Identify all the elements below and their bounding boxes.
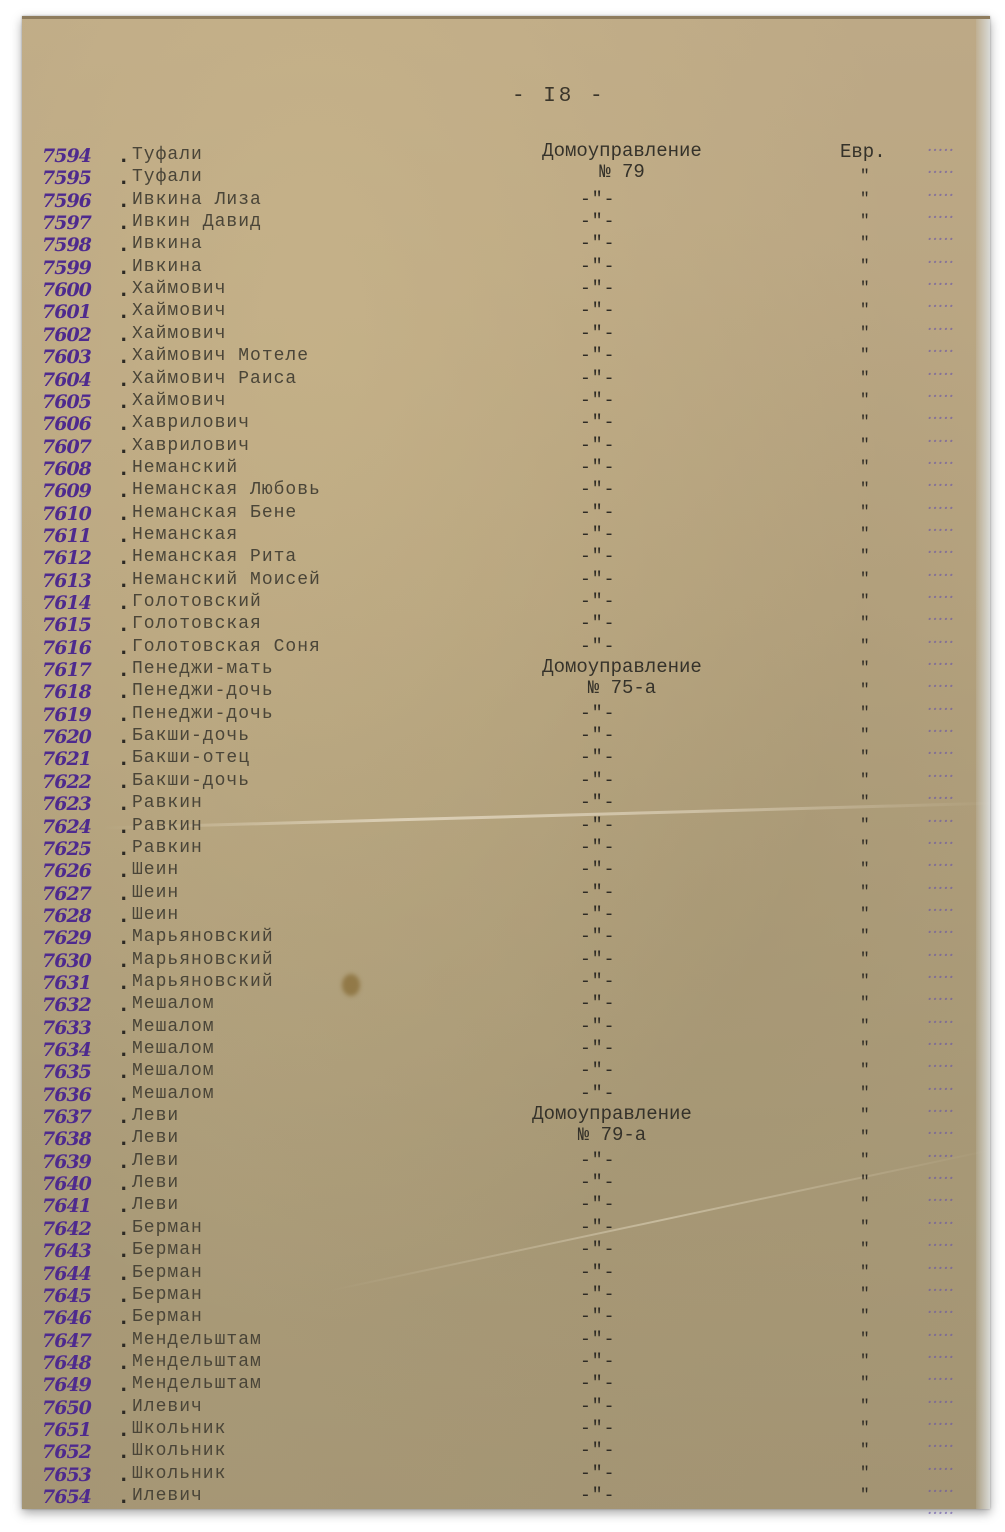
ditto-mark: -"- xyxy=(580,234,615,254)
nationality-ditto-mark: " xyxy=(860,1397,870,1415)
list-item: 7650.Илевич-"-" xyxy=(22,1397,990,1419)
ditto-mark: -"- xyxy=(580,1441,615,1461)
entry-number: 7638 xyxy=(42,1128,124,1150)
ditto-mark: -"- xyxy=(580,1307,615,1327)
nationality-ditto-mark: " xyxy=(860,413,870,431)
ditto-mark: -"- xyxy=(580,927,615,947)
bleed-through-mark: ····· xyxy=(927,409,954,429)
ditto-mark: -"- xyxy=(580,1017,615,1037)
entry-dot: . xyxy=(118,950,129,972)
ditto-mark: -"- xyxy=(580,458,615,478)
entry-surname: Хаймович xyxy=(132,279,226,299)
ditto-mark: -"- xyxy=(580,771,615,791)
ditto-mark: -"- xyxy=(580,1218,615,1238)
entry-dot: . xyxy=(118,547,129,569)
nationality-ditto-mark: " xyxy=(860,1173,870,1191)
ditto-mark: -"- xyxy=(580,369,615,389)
ditto-mark: -"- xyxy=(580,994,615,1014)
nationality-ditto-mark: " xyxy=(860,972,870,990)
ditto-mark: -"- xyxy=(580,1330,615,1350)
ditto-mark: -"- xyxy=(580,279,615,299)
entry-dot: . xyxy=(118,1151,129,1173)
entry-dot: . xyxy=(118,838,129,860)
entry-number: 7627 xyxy=(42,883,124,905)
bleed-through-mark: ····· xyxy=(927,655,954,675)
list-item: 7631.Марьяновский-"-" xyxy=(22,972,990,994)
entry-dot: . xyxy=(118,1441,129,1463)
bleed-through-mark: ····· xyxy=(927,543,954,563)
entry-surname: Берман xyxy=(132,1285,203,1305)
entry-surname: Неманская Любовь xyxy=(132,480,321,500)
entry-surname: Школьник xyxy=(132,1464,226,1484)
entry-number: 7612 xyxy=(42,547,124,569)
list-item: 7639.Леви-"-" xyxy=(22,1151,990,1173)
list-item: 7635.Мешалом-"-" xyxy=(22,1061,990,1083)
entry-surname: Илевич xyxy=(132,1397,203,1417)
list-item: 7641.Леви-"-" xyxy=(22,1195,990,1217)
entry-dot: . xyxy=(118,1486,129,1508)
list-item: 7616.Голотовская Соня-"-" xyxy=(22,637,990,659)
entry-dot: . xyxy=(118,1218,129,1240)
list-item: 7594.Туфали xyxy=(22,145,990,167)
entry-surname: Берман xyxy=(132,1307,203,1327)
entry-surname: Мешалом xyxy=(132,1061,215,1081)
bleed-through-mark: ····· xyxy=(927,744,954,764)
ditto-mark: -"- xyxy=(580,1195,615,1215)
entry-dot: . xyxy=(118,972,129,994)
entry-surname: Неманская Бене xyxy=(132,503,297,523)
list-item: 7613.Неманский Моисей-"-" xyxy=(22,570,990,592)
list-item: 7620.Бакши-дочь-"-" xyxy=(22,726,990,748)
entry-surname: Пенеджи-дочь xyxy=(132,704,274,724)
entry-surname: Берман xyxy=(132,1218,203,1238)
nationality-ditto-mark: " xyxy=(860,793,870,811)
list-item: 7648.Мендельштам-"-" xyxy=(22,1352,990,1374)
entry-surname: Мешалом xyxy=(132,1017,215,1037)
entry-number: 7615 xyxy=(42,614,124,636)
entry-dot: . xyxy=(118,1106,129,1128)
entry-number: 7595 xyxy=(42,167,124,189)
bleed-through-mark: ····· xyxy=(927,610,954,630)
bleed-through-mark: ····· xyxy=(927,454,954,474)
list-item: 7619.Пенеджи-дочь-"-" xyxy=(22,704,990,726)
ditto-mark: -"- xyxy=(580,704,615,724)
list-item: 7615.Голотовская-"-" xyxy=(22,614,990,636)
bleed-through-mark: ····· xyxy=(927,275,954,295)
nationality-ditto-mark: " xyxy=(860,436,870,454)
nationality-ditto-mark: " xyxy=(860,234,870,252)
entry-number: 7606 xyxy=(42,413,124,435)
entry-surname: Леви xyxy=(132,1106,179,1126)
entry-dot: . xyxy=(118,883,129,905)
list-item: 7628.Шеин-"-" xyxy=(22,905,990,927)
bleed-through-mark: ····· xyxy=(927,342,954,362)
entry-number: 7598 xyxy=(42,234,124,256)
entry-surname: Хаврилович xyxy=(132,413,250,433)
entry-dot: . xyxy=(118,681,129,703)
entry-surname: Бакши-отец xyxy=(132,748,250,768)
entry-dot: . xyxy=(118,816,129,838)
bleed-through-mark: ····· xyxy=(927,968,954,988)
bleed-through-mark: ····· xyxy=(927,990,954,1010)
entry-dot: . xyxy=(118,704,129,726)
ditto-mark: -"- xyxy=(580,860,615,880)
bleed-through-mark: ····· xyxy=(927,1415,954,1435)
nationality-ditto-mark: " xyxy=(860,1218,870,1236)
list-item: 7612.Неманская Рита-"-" xyxy=(22,547,990,569)
entry-number: 7621 xyxy=(42,748,124,770)
entry-dot: . xyxy=(118,1039,129,1061)
bleed-through-mark: ····· xyxy=(927,677,954,697)
entry-number: 7597 xyxy=(42,212,124,234)
ditto-mark: -"- xyxy=(580,726,615,746)
list-item: 7621.Бакши-отец-"-" xyxy=(22,748,990,770)
ditto-mark: -"- xyxy=(580,793,615,813)
nationality-ditto-mark: " xyxy=(860,525,870,543)
nationality-ditto-mark: " xyxy=(860,771,870,789)
entry-dot: . xyxy=(118,637,129,659)
entry-surname: Хаврилович xyxy=(132,436,250,456)
bleed-through-mark: ····· xyxy=(927,856,954,876)
bleed-through-mark: ····· xyxy=(927,1281,954,1301)
entry-dot: . xyxy=(118,659,129,681)
entry-number: 7594 xyxy=(42,145,124,167)
list-item: 7607.Хаврилович-"-" xyxy=(22,436,990,458)
entry-dot: . xyxy=(118,1263,129,1285)
nationality-ditto-mark: " xyxy=(860,346,870,364)
bleed-through-mark: ····· xyxy=(927,230,954,250)
bleed-through-mark: ····· xyxy=(927,700,954,720)
ditto-mark: -"- xyxy=(580,1419,615,1439)
entry-number: 7626 xyxy=(42,860,124,882)
list-item: 7604.Хаймович Раиса-"-" xyxy=(22,369,990,391)
nationality-ditto-mark: " xyxy=(860,1374,870,1392)
entry-surname: Марьяновский xyxy=(132,927,274,947)
nationality-ditto-mark: " xyxy=(860,681,870,699)
entry-dot: . xyxy=(118,1173,129,1195)
nationality-ditto-mark: " xyxy=(860,190,870,208)
entry-number: 7648 xyxy=(42,1352,124,1374)
ditto-mark: -"- xyxy=(580,592,615,612)
entry-number: 7633 xyxy=(42,1017,124,1039)
bleed-through-mark: ····· xyxy=(927,946,954,966)
entry-number: 7624 xyxy=(42,816,124,838)
bleed-through-mark: ····· xyxy=(927,521,954,541)
entry-dot: . xyxy=(118,1352,129,1374)
bleed-through-mark: ····· xyxy=(927,834,954,854)
nationality-ditto-mark: " xyxy=(860,1464,870,1482)
entry-number: 7611 xyxy=(42,525,124,547)
list-item: 7600.Хаймович-"-" xyxy=(22,279,990,301)
entry-number: 7614 xyxy=(42,592,124,614)
list-item: 7599.Ивкина-"-" xyxy=(22,257,990,279)
entry-number: 7617 xyxy=(42,659,124,681)
entry-dot: . xyxy=(118,726,129,748)
entry-number: 7630 xyxy=(42,950,124,972)
entry-surname: Ивкин Давид xyxy=(132,212,262,232)
list-item: 7605.Хаймович-"-" xyxy=(22,391,990,413)
entry-dot: . xyxy=(118,1330,129,1352)
entry-dot: . xyxy=(118,436,129,458)
entry-number: 7647 xyxy=(42,1330,124,1352)
bleed-through-mark: ····· xyxy=(927,1348,954,1368)
list-item: 7624.Равкин-"-" xyxy=(22,816,990,838)
entry-dot: . xyxy=(118,480,129,502)
bleed-through-mark: ····· xyxy=(927,1102,954,1122)
bleed-through-mark: ····· xyxy=(927,767,954,787)
nationality-ditto-mark: " xyxy=(860,547,870,565)
entry-surname: Шеин xyxy=(132,883,179,903)
nationality-ditto-mark: " xyxy=(860,570,870,588)
entry-surname: Мендельштам xyxy=(132,1330,262,1350)
entry-surname: Леви xyxy=(132,1173,179,1193)
nationality-ditto-mark: " xyxy=(860,950,870,968)
list-item: 7632.Мешалом-"-" xyxy=(22,994,990,1016)
list-item: 7596.Ивкина Лиза-"-" xyxy=(22,190,990,212)
ditto-mark: -"- xyxy=(580,480,615,500)
nationality-ditto-mark: " xyxy=(860,704,870,722)
nationality-ditto-mark: " xyxy=(860,592,870,610)
entry-dot: . xyxy=(118,212,129,234)
entry-surname: Илевич xyxy=(132,1486,203,1506)
entry-surname: Туфали xyxy=(132,167,203,187)
entry-surname: Неманская Рита xyxy=(132,547,297,567)
list-item: 7634.Мешалом-"-" xyxy=(22,1039,990,1061)
list-item: 7610.Неманская Бене-"-" xyxy=(22,503,990,525)
bleed-through-mark: ····· xyxy=(927,476,954,496)
ditto-mark: -"- xyxy=(580,905,615,925)
nationality-ditto-mark: " xyxy=(860,1419,870,1437)
bleed-through-mark: ····· xyxy=(927,566,954,586)
ditto-mark: -"- xyxy=(580,637,615,657)
entry-surname: Ивкина xyxy=(132,234,203,254)
nationality-ditto-mark: " xyxy=(860,1285,870,1303)
entry-surname: Леви xyxy=(132,1151,179,1171)
ditto-mark: -"- xyxy=(580,570,615,590)
nationality-ditto-mark: " xyxy=(860,1017,870,1035)
entry-dot: . xyxy=(118,190,129,212)
ditto-mark: -"- xyxy=(580,212,615,232)
entry-surname: Хаймович xyxy=(132,391,226,411)
page-number: - I8 - xyxy=(512,85,606,108)
entry-dot: . xyxy=(118,1240,129,1262)
entry-number: 7639 xyxy=(42,1151,124,1173)
entry-number: 7596 xyxy=(42,190,124,212)
ditto-mark: -"- xyxy=(580,1464,615,1484)
list-item: 7611.Неманская-"-" xyxy=(22,525,990,547)
entry-dot: . xyxy=(118,1374,129,1396)
nationality-ditto-mark: " xyxy=(860,1441,870,1459)
ditto-mark: -"- xyxy=(580,748,615,768)
entry-number: 7607 xyxy=(42,436,124,458)
list-item: 7629.Марьяновский-"-" xyxy=(22,927,990,949)
entry-number: 7610 xyxy=(42,503,124,525)
nationality-ditto-mark: " xyxy=(860,1106,870,1124)
entry-dot: . xyxy=(118,1084,129,1106)
bleed-through-mark: ····· xyxy=(927,1370,954,1390)
entry-number: 7616 xyxy=(42,637,124,659)
entry-dot: . xyxy=(118,1017,129,1039)
nationality-ditto-mark: " xyxy=(860,1061,870,1079)
entry-number: 7641 xyxy=(42,1195,124,1217)
entry-surname: Бакши-дочь xyxy=(132,771,250,791)
entry-surname: Хаймович xyxy=(132,324,226,344)
nationality-ditto-mark: " xyxy=(860,659,870,677)
entry-surname: Мешалом xyxy=(132,1039,215,1059)
entry-number: 7604 xyxy=(42,369,124,391)
entry-number: 7602 xyxy=(42,324,124,346)
entry-dot: . xyxy=(118,860,129,882)
entry-surname: Равкин xyxy=(132,816,203,836)
nationality-ditto-mark: " xyxy=(860,480,870,498)
bleed-through-mark: ····· xyxy=(927,901,954,921)
entry-number: 7653 xyxy=(42,1464,124,1486)
ditto-mark: -"- xyxy=(580,1374,615,1394)
entry-surname: Леви xyxy=(132,1195,179,1215)
entry-dot: . xyxy=(118,1128,129,1150)
nationality-ditto-mark: " xyxy=(860,1330,870,1348)
entry-surname: Берман xyxy=(132,1240,203,1260)
entry-number: 7654 xyxy=(42,1486,124,1508)
list-item: 7652.Школьник-"-" xyxy=(22,1441,990,1463)
list-item: 7614.Голотовский-"-" xyxy=(22,592,990,614)
entry-surname: Ивкина Лиза xyxy=(132,190,262,210)
bleed-through-mark: ····· xyxy=(927,387,954,407)
list-item: 7630.Марьяновский-"-" xyxy=(22,950,990,972)
nationality-ditto-mark: " xyxy=(860,1486,870,1504)
list-item: 7643.Берман-"-" xyxy=(22,1240,990,1262)
bleed-through-mark: ····· xyxy=(927,1035,954,1055)
bleed-through-mark: ····· xyxy=(927,1080,954,1100)
list-item: 7608.Неманский-"-" xyxy=(22,458,990,480)
entry-number: 7631 xyxy=(42,972,124,994)
entry-dot: . xyxy=(118,525,129,547)
entry-surname: Голотовская Соня xyxy=(132,637,321,657)
list-item: 7598.Ивкина-"-" xyxy=(22,234,990,256)
entry-dot: . xyxy=(118,1285,129,1307)
list-item: 7644.Берман-"-" xyxy=(22,1263,990,1285)
nationality-ditto-mark: " xyxy=(860,614,870,632)
nationality-ditto-mark: " xyxy=(860,1084,870,1102)
entry-number: 7601 xyxy=(42,301,124,323)
entry-number: 7651 xyxy=(42,1419,124,1441)
ditto-mark: -"- xyxy=(580,883,615,903)
entry-dot: . xyxy=(118,1061,129,1083)
entry-dot: . xyxy=(118,927,129,949)
bleed-through-mark: ····· xyxy=(927,1236,954,1256)
entry-surname: Хаймович Мотеле xyxy=(132,346,309,366)
bleed-through-mark: ····· xyxy=(927,499,954,519)
entry-number: 7603 xyxy=(42,346,124,368)
nationality-ditto-mark: " xyxy=(860,994,870,1012)
nationality-ditto-mark: " xyxy=(860,860,870,878)
entry-surname: Школьник xyxy=(132,1419,226,1439)
entry-dot: . xyxy=(118,391,129,413)
nationality-ditto-mark: " xyxy=(860,1240,870,1258)
bleed-through-mark: ····· xyxy=(927,141,954,161)
list-item: 7653.Школьник-"-" xyxy=(22,1464,990,1486)
bleed-through-mark: ····· xyxy=(927,879,954,899)
bleed-through-mark: ····· xyxy=(927,1482,954,1502)
ditto-mark: -"- xyxy=(580,190,615,210)
list-item: 7636.Мешалом-"-" xyxy=(22,1084,990,1106)
entry-surname: Неманский Моисей xyxy=(132,570,321,590)
entry-number: 7645 xyxy=(42,1285,124,1307)
nationality-ditto-mark: " xyxy=(860,391,870,409)
nationality-ditto-mark: " xyxy=(860,167,870,185)
entry-dot: . xyxy=(118,748,129,770)
bleed-through-mark: ····· xyxy=(927,1147,954,1167)
nationality-ditto-mark: " xyxy=(860,503,870,521)
entry-surname: Туфали xyxy=(132,145,203,165)
list-item: 7622.Бакши-дочь-"-" xyxy=(22,771,990,793)
nationality-ditto-mark: " xyxy=(860,637,870,655)
list-item: 7617.Пенеджи-мать" xyxy=(22,659,990,681)
ditto-mark: -"- xyxy=(580,1173,615,1193)
entry-dot: . xyxy=(118,1464,129,1486)
entry-surname: Мендельштам xyxy=(132,1352,262,1372)
entry-surname: Бакши-дочь xyxy=(132,726,250,746)
entry-dot: . xyxy=(118,413,129,435)
entry-number: 7652 xyxy=(42,1441,124,1463)
entry-number: 7635 xyxy=(42,1061,124,1083)
entry-surname: Равкин xyxy=(132,793,203,813)
list-item: 7623.Равкин-"-" xyxy=(22,793,990,815)
entry-number: 7646 xyxy=(42,1307,124,1329)
entry-surname: Неманская xyxy=(132,525,238,545)
entry-number: 7599 xyxy=(42,257,124,279)
entry-dot: . xyxy=(118,614,129,636)
entry-surname: Хаймович Раиса xyxy=(132,369,297,389)
nationality-ditto-mark: " xyxy=(860,1128,870,1146)
entry-number: 7628 xyxy=(42,905,124,927)
nationality-ditto-mark: " xyxy=(860,257,870,275)
entry-number: 7623 xyxy=(42,793,124,815)
ditto-mark: -"- xyxy=(580,1240,615,1260)
bleed-through-mark: ····· xyxy=(927,633,954,653)
entry-surname: Шеин xyxy=(132,905,179,925)
entry-dot: . xyxy=(118,1419,129,1441)
entry-surname: Неманский xyxy=(132,458,238,478)
entry-number: 7613 xyxy=(42,570,124,592)
entry-surname: Ивкина xyxy=(132,257,203,277)
entry-number: 7642 xyxy=(42,1218,124,1240)
nationality-ditto-mark: " xyxy=(860,927,870,945)
ditto-mark: -"- xyxy=(580,838,615,858)
entry-dot: . xyxy=(118,592,129,614)
bleed-through-mark: ····· xyxy=(927,186,954,206)
ditto-mark: -"- xyxy=(580,346,615,366)
list-item: 7618.Пенеджи-дочь" xyxy=(22,681,990,703)
bleed-through-mark: ····· xyxy=(927,1214,954,1234)
bleed-through-mark: ····· xyxy=(927,432,954,452)
entry-number: 7600 xyxy=(42,279,124,301)
bleed-through-mark: ····· xyxy=(927,1191,954,1211)
entry-dot: . xyxy=(118,324,129,346)
entry-dot: . xyxy=(118,905,129,927)
bleed-through-mark: ····· xyxy=(927,208,954,228)
bleed-through-mark: ····· xyxy=(927,1057,954,1077)
list-item: 7642.Берман-"-" xyxy=(22,1218,990,1240)
ditto-mark: -"- xyxy=(580,413,615,433)
list-item: 7647.Мендельштам-"-" xyxy=(22,1330,990,1352)
ditto-mark: -"- xyxy=(580,816,615,836)
entry-dot: . xyxy=(118,994,129,1016)
list-item: 7651.Школьник-"-" xyxy=(22,1419,990,1441)
ditto-mark: -"- xyxy=(580,436,615,456)
ditto-mark: -"- xyxy=(580,1039,615,1059)
entry-number: 7649 xyxy=(42,1374,124,1396)
